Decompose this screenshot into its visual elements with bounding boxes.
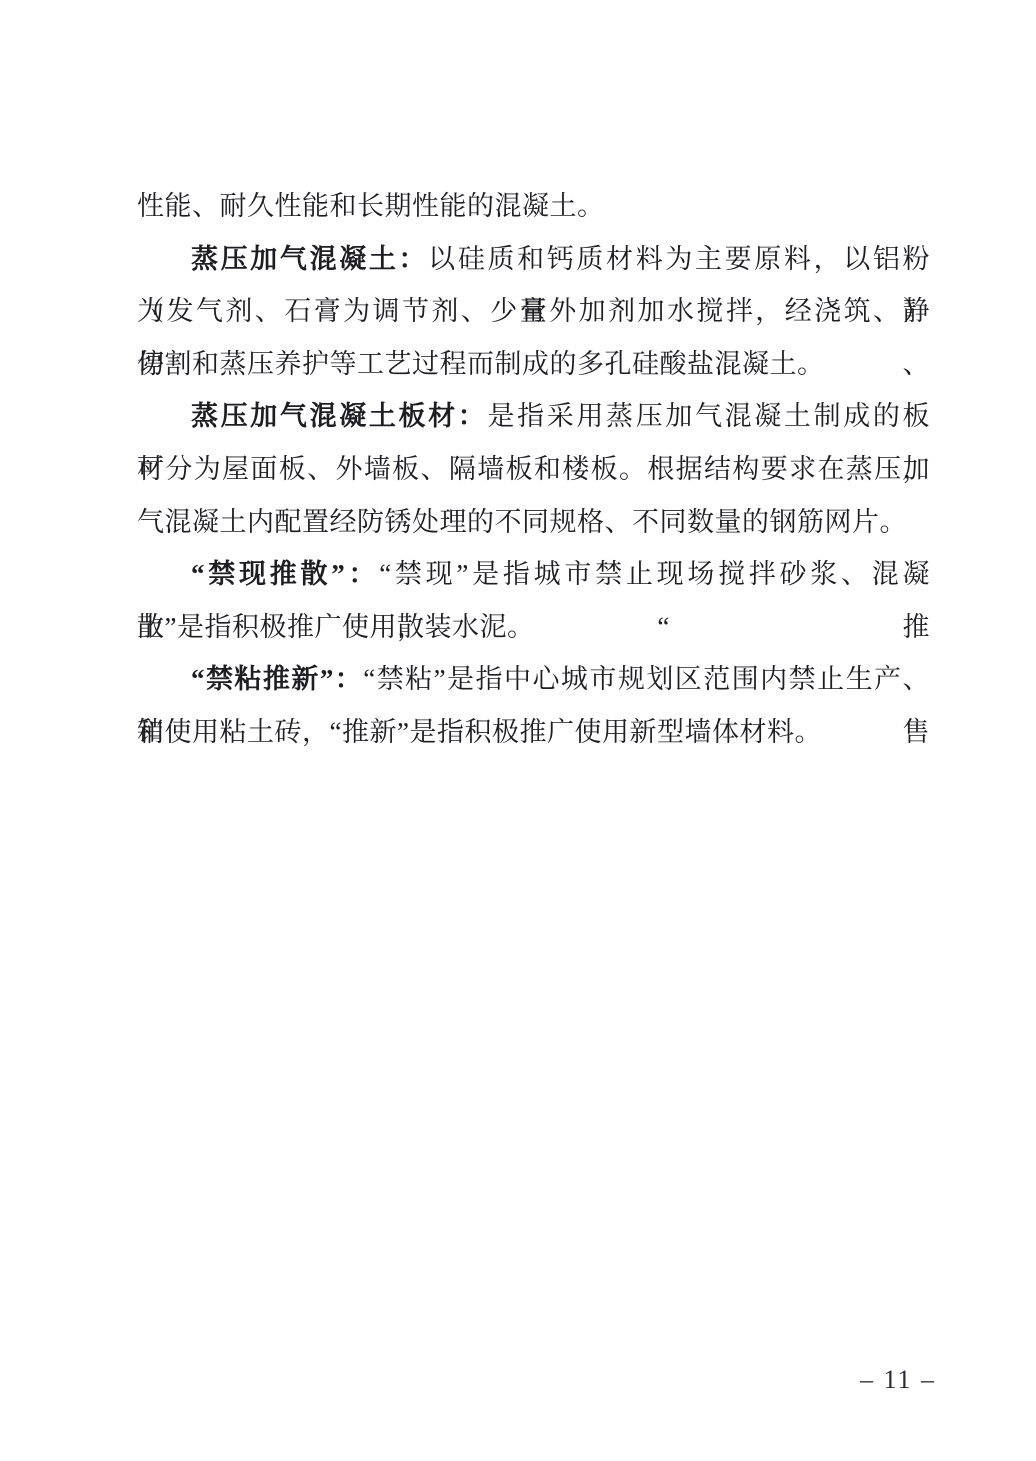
text-line: 和使用粘土砖，“推新”是指积极推广使用新型墙体材料。 bbox=[137, 706, 930, 759]
document-text: 性能、耐久性能和长期性能的混凝土。蒸压加气混凝土：以硅质和钙质材料为主要原料，以… bbox=[137, 180, 930, 759]
term-emphasis: “禁粘推新”： bbox=[191, 664, 363, 694]
text-run: 可分为屋面板、外墙板、隔墙板和楼板。根据结构要求在蒸压加 bbox=[137, 454, 930, 484]
text-line: 可分为屋面板、外墙板、隔墙板和楼板。根据结构要求在蒸压加 bbox=[137, 443, 930, 496]
text-line: 性能、耐久性能和长期性能的混凝土。 bbox=[137, 180, 930, 233]
text-run: 散”是指积极推广使用散装水泥。 bbox=[137, 612, 534, 642]
document-page: 性能、耐久性能和长期性能的混凝土。蒸压加气混凝土：以硅质和钙质材料为主要原料，以… bbox=[0, 0, 1036, 1461]
text-line: “禁粘推新”：“禁粘”是指中心城市规划区范围内禁止生产、销售 bbox=[137, 653, 930, 706]
paragraph-autoclaved-aerated-concrete: 蒸压加气混凝土：以硅质和钙质材料为主要原料，以铝粉（膏）为发气剂、石膏为调节剂、… bbox=[137, 233, 930, 391]
text-run: 气混凝土内配置经防锈处理的不同规格、不同数量的钢筋网片。 bbox=[137, 507, 907, 537]
term-emphasis: “禁现推散”： bbox=[191, 559, 379, 589]
text-run: 切割和蒸压养护等工艺过程而制成的多孔硅酸盐混凝土。 bbox=[137, 349, 825, 379]
paragraph-concrete-intro-end: 性能、耐久性能和长期性能的混凝土。 bbox=[137, 180, 930, 233]
text-line: “禁现推散”：“禁现”是指城市禁止现场搅拌砂浆、混凝土，“推 bbox=[137, 548, 930, 601]
text-line: 蒸压加气混凝土：以硅质和钙质材料为主要原料，以铝粉（膏） bbox=[137, 233, 930, 286]
text-line: 蒸压加气混凝土板材：是指采用蒸压加气混凝土制成的板材， bbox=[137, 390, 930, 443]
text-run: 性能、耐久性能和长期性能的混凝土。 bbox=[137, 191, 605, 221]
paragraph-jinxian-tuisan: “禁现推散”：“禁现”是指城市禁止现场搅拌砂浆、混凝土，“推散”是指积极推广使用… bbox=[137, 548, 930, 653]
text-run: 和使用粘土砖，“推新”是指积极推广使用新型墙体材料。 bbox=[137, 717, 822, 747]
text-line: 切割和蒸压养护等工艺过程而制成的多孔硅酸盐混凝土。 bbox=[137, 338, 930, 391]
term-emphasis: 蒸压加气混凝土： bbox=[191, 244, 428, 274]
paragraph-jinzhan-tuixin: “禁粘推新”：“禁粘”是指中心城市规划区范围内禁止生产、销售和使用粘土砖，“推新… bbox=[137, 653, 930, 758]
term-emphasis: 蒸压加气混凝土板材： bbox=[191, 401, 487, 431]
paragraph-autoclaved-aerated-concrete-panel: 蒸压加气混凝土板材：是指采用蒸压加气混凝土制成的板材，可分为屋面板、外墙板、隔墙… bbox=[137, 390, 930, 548]
text-line: 为发气剂、石膏为调节剂、少量外加剂加水搅拌，经浇筑、静停、 bbox=[137, 285, 930, 338]
text-line: 气混凝土内配置经防锈处理的不同规格、不同数量的钢筋网片。 bbox=[137, 496, 930, 549]
page-number: – 11 – bbox=[860, 1365, 936, 1395]
